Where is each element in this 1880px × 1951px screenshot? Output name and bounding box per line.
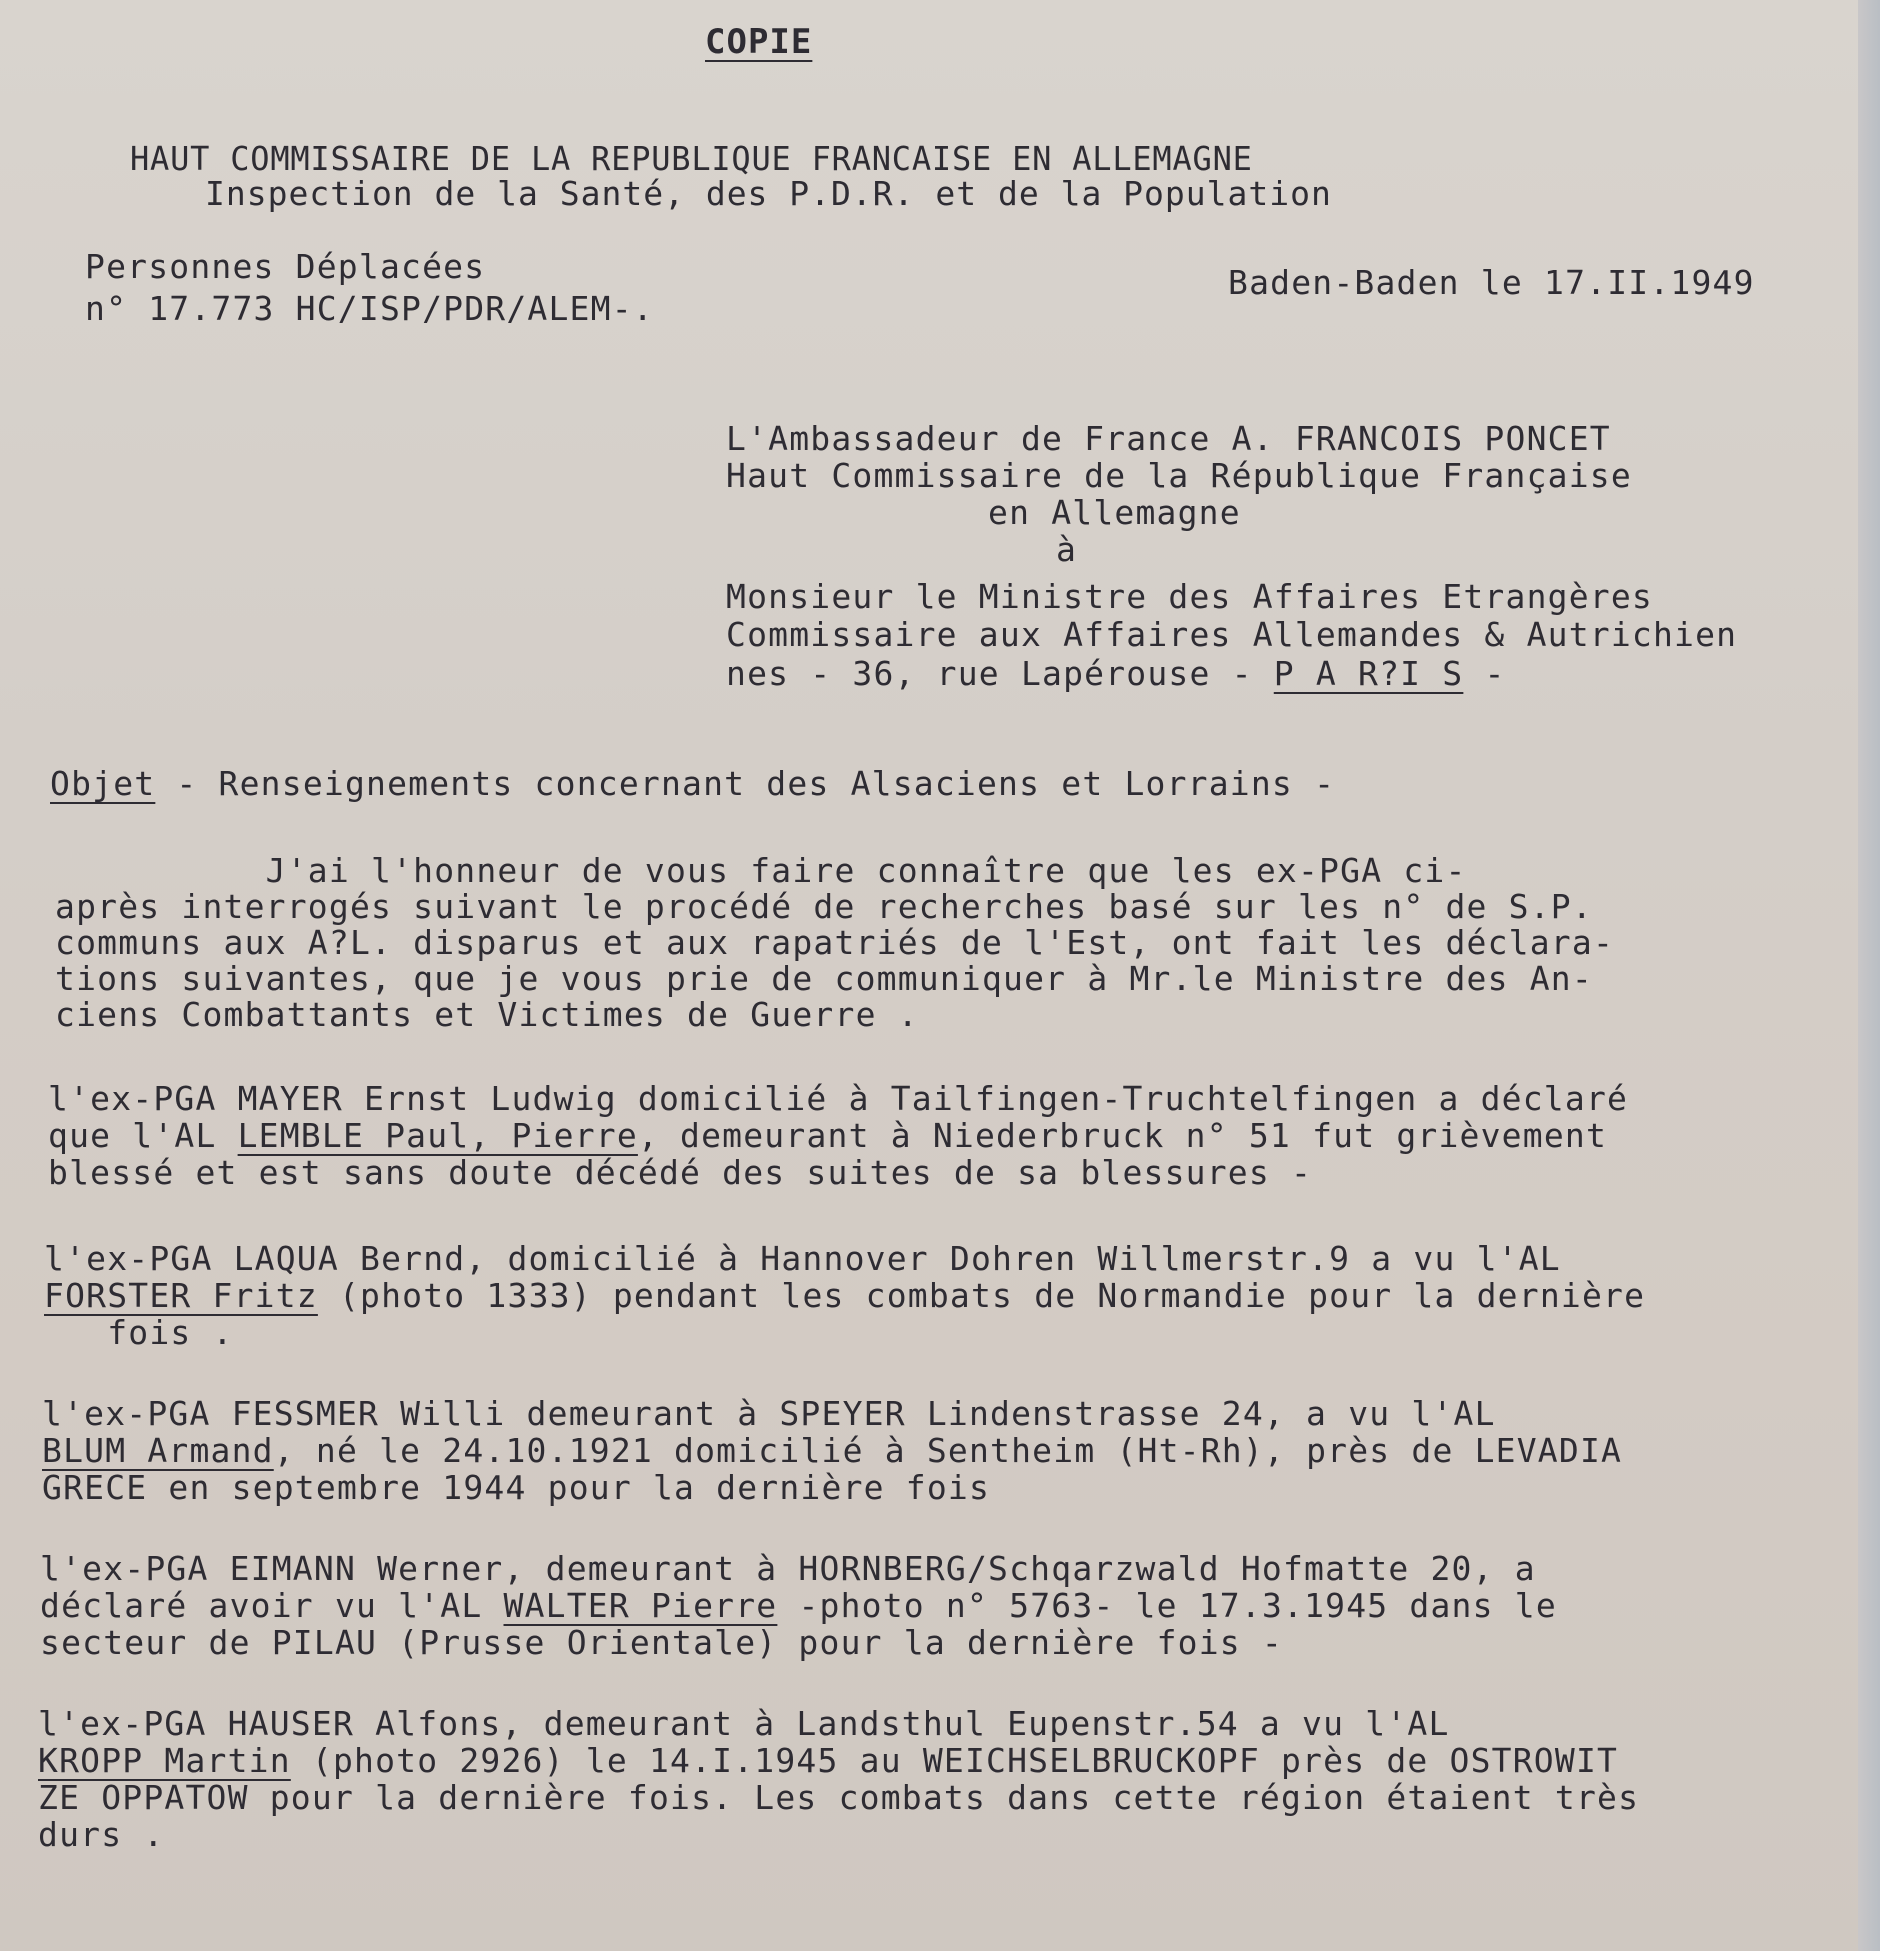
missing-person-name: WALTER Pierre <box>504 1586 778 1625</box>
declaration-text: fois . <box>44 1313 234 1352</box>
declaration-line: durs . <box>38 1816 164 1854</box>
declaration-line: l'ex-PGA MAYER Ernst Ludwig domicilié à … <box>48 1080 1628 1118</box>
intro-line: communs aux A?L. disparus et aux rapatri… <box>55 924 1614 962</box>
declaration-text: l'ex-PGA MAYER Ernst Ludwig domicilié à … <box>48 1079 1628 1118</box>
missing-person-name: BLUM Armand <box>42 1431 274 1470</box>
declaration-text: , demeurant à Niederbruck n° 51 fut griè… <box>638 1116 1607 1155</box>
subject-text: - Renseignements concernant des Alsacien… <box>155 764 1335 803</box>
issuer-subheading: Inspection de la Santé, des P.D.R. et de… <box>205 175 1332 213</box>
declaration-line: KROPP Martin (photo 2926) le 14.I.1945 a… <box>38 1742 1618 1780</box>
intro-line: après interrogés suivant le procédé de r… <box>55 888 1593 926</box>
declaration-line: l'ex-PGA LAQUA Bernd, domicilié à Hannov… <box>44 1240 1561 1278</box>
declaration-line: l'ex-PGA FESSMER Willi demeurant à SPEYE… <box>42 1395 1496 1433</box>
declaration-text: déclaré avoir vu l'AL <box>40 1586 504 1625</box>
declaration-line: que l'AL LEMBLE Paul, Pierre, demeurant … <box>48 1117 1607 1155</box>
missing-person-name: KROPP Martin <box>38 1741 291 1780</box>
declaration-text: l'ex-PGA LAQUA Bernd, domicilié à Hannov… <box>44 1239 1561 1278</box>
subject-label: Objet <box>50 764 155 803</box>
declaration-text: , né le 24.10.1921 domicilié à Sentheim … <box>274 1431 1622 1470</box>
declaration-text: durs . <box>38 1815 164 1854</box>
intro-line: tions suivantes, que je vous prie de com… <box>55 960 1593 998</box>
declaration-line: fois . <box>44 1314 234 1352</box>
sender-line-3: en Allemagne <box>988 494 1241 532</box>
missing-person-name: LEMBLE Paul, Pierre <box>238 1116 638 1155</box>
missing-person-name: FORSTER Fritz <box>44 1276 318 1315</box>
declaration-line: FORSTER Fritz (photo 1333) pendant les c… <box>44 1277 1645 1315</box>
intro-line: ciens Combattants et Victimes de Guerre … <box>55 996 919 1034</box>
page-edge <box>1858 0 1880 1951</box>
declaration-line: secteur de PILAU (Prusse Orientale) pour… <box>40 1624 1283 1662</box>
department-label: Personnes Déplacées <box>85 248 485 286</box>
place-date: Baden-Baden le 17.II.1949 <box>1228 264 1755 302</box>
sender-line-1: L'Ambassadeur de France A. FRANCOIS PONC… <box>726 420 1611 458</box>
declaration-line: ZE OPPATOW pour la dernière fois. Les co… <box>38 1779 1639 1817</box>
declaration-line: déclaré avoir vu l'AL WALTER Pierre -pho… <box>40 1587 1557 1625</box>
document-page: COPIE HAUT COMMISSAIRE DE LA REPUBLIQUE … <box>0 0 1858 1951</box>
issuer-heading: HAUT COMMISSAIRE DE LA REPUBLIQUE FRANCA… <box>130 140 1253 178</box>
recipient-city: P A R?I S <box>1274 654 1464 693</box>
sender-line-2: Haut Commissaire de la République França… <box>726 457 1632 495</box>
declaration-text: que l'AL <box>48 1116 238 1155</box>
declaration-text: -photo n° 5763- le 17.3.1945 dans le <box>777 1586 1557 1625</box>
sender-line-4: à <box>1056 531 1077 569</box>
recipient-line-3: nes - 36, rue Lapérouse - P A R?I S - <box>726 655 1506 693</box>
declaration-text: l'ex-PGA EIMANN Werner, demeurant à HORN… <box>40 1549 1536 1588</box>
document-title: COPIE <box>705 22 812 62</box>
declaration-text: secteur de PILAU (Prusse Orientale) pour… <box>40 1623 1283 1662</box>
declaration-text: ZE OPPATOW pour la dernière fois. Les co… <box>38 1778 1639 1817</box>
declaration-text: GRECE en septembre 1944 pour la dernière… <box>42 1468 990 1507</box>
reference-number: n° 17.773 HC/ISP/PDR/ALEM-. <box>85 290 654 328</box>
declaration-text: l'ex-PGA HAUSER Alfons, demeurant à Land… <box>38 1704 1450 1743</box>
declaration-line: GRECE en septembre 1944 pour la dernière… <box>42 1469 990 1507</box>
recipient-line-1: Monsieur le Ministre des Affaires Etrang… <box>726 578 1653 616</box>
declaration-text: l'ex-PGA FESSMER Willi demeurant à SPEYE… <box>42 1394 1496 1433</box>
declaration-line: l'ex-PGA HAUSER Alfons, demeurant à Land… <box>38 1705 1450 1743</box>
declaration-line: BLUM Armand, né le 24.10.1921 domicilié … <box>42 1432 1622 1470</box>
declaration-text: (photo 2926) le 14.I.1945 au WEICHSELBRU… <box>291 1741 1618 1780</box>
declaration-text: blessé et est sans doute décédé des suit… <box>48 1153 1312 1192</box>
declaration-text: (photo 1333) pendant les combats de Norm… <box>318 1276 1645 1315</box>
recipient-suffix: - <box>1463 654 1505 693</box>
subject-line: Objet - Renseignements concernant des Al… <box>50 765 1335 803</box>
declaration-line: l'ex-PGA EIMANN Werner, demeurant à HORN… <box>40 1550 1536 1588</box>
declaration-line: blessé et est sans doute décédé des suit… <box>48 1154 1312 1192</box>
recipient-address: nes - 36, rue Lapérouse - <box>726 654 1274 693</box>
recipient-line-2: Commissaire aux Affaires Allemandes & Au… <box>726 616 1737 654</box>
intro-line: J'ai l'honneur de vous faire connaître q… <box>55 852 1467 890</box>
